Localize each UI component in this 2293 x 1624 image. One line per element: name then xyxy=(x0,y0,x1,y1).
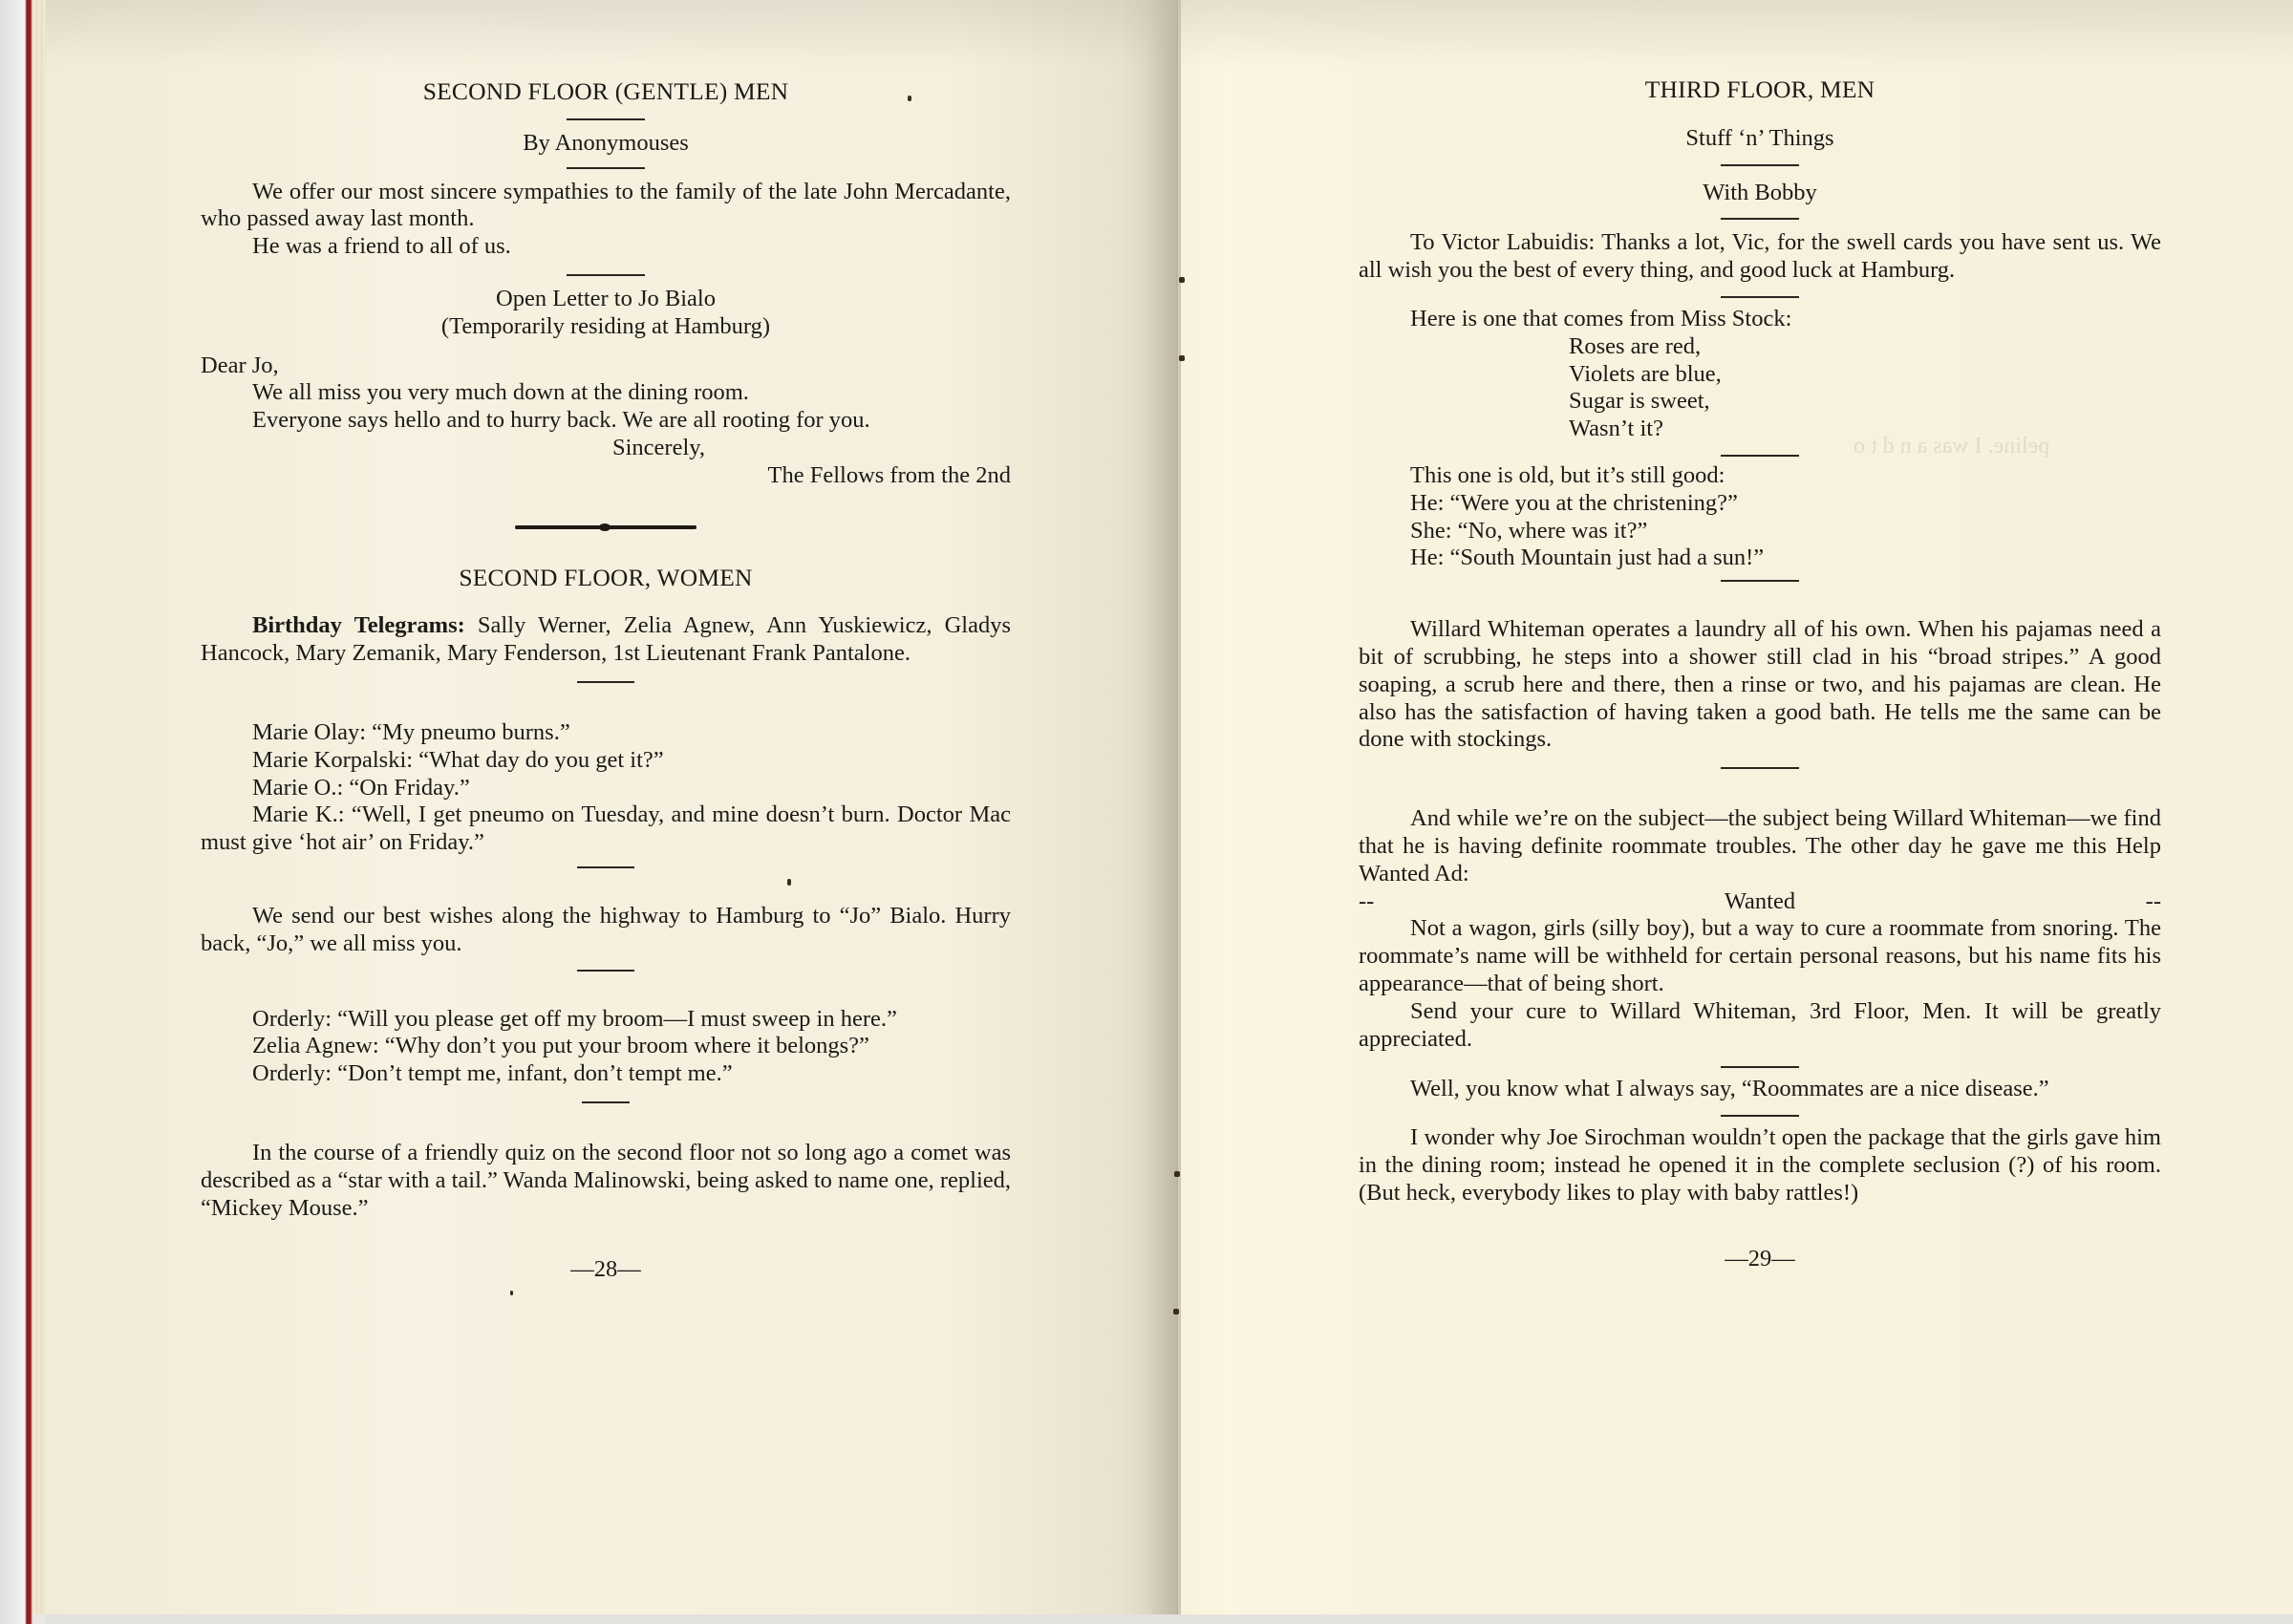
sympathy-line: He was a friend to all of us. xyxy=(201,233,1011,261)
letter-closing: Sincerely, xyxy=(201,435,1011,462)
poem-intro: Here is one that comes from Miss Stock: xyxy=(1359,306,2161,333)
page-stack-edge xyxy=(32,0,46,1614)
right-page-column: THIRD FLOOR, MEN Stuff ‘n’ Things With B… xyxy=(1359,0,2161,1272)
ad-dash-right: -- xyxy=(2146,888,2161,916)
roommates-quote-paragraph: Well, you know what I always say, “Roomm… xyxy=(1359,1076,2161,1103)
roommate-paragraph: And while we’re on the subject—the subje… xyxy=(1359,805,2161,887)
poem-line: Sugar is sweet, xyxy=(1359,388,2161,416)
ad-body-paragraph: Not a wagon, girls (silly boy), but a wa… xyxy=(1359,915,2161,997)
ink-speck xyxy=(1173,1309,1179,1314)
letter-title: Open Letter to Jo Bialo xyxy=(201,286,1011,313)
left-page-column: SECOND FLOOR (GENTLE) MEN By Anonymouses… xyxy=(201,0,1011,1284)
letter-salutation: Dear Jo, xyxy=(201,353,1011,380)
birthday-paragraph: Birthday Telegrams: Sally Werner, Zelia … xyxy=(201,612,1011,668)
dialogue-line: Orderly: “Will you please get off my bro… xyxy=(201,1006,1011,1034)
joke-line: He: “South Mountain just had a sun!” xyxy=(1359,545,2161,572)
joe-paragraph: I wonder why Joe Sirochman wouldn’t open… xyxy=(1359,1124,2161,1207)
joke-line: She: “No, where was it?” xyxy=(1359,518,2161,545)
dialogue-line: Marie Korpalski: “What day do you get it… xyxy=(201,747,1011,775)
joke-intro: This one is old, but it’s still good: xyxy=(1359,462,2161,490)
bottom-edge xyxy=(46,1614,2293,1624)
quiz-paragraph: In the course of a friendly quiz on the … xyxy=(201,1140,1011,1222)
wanted-ad-heading: -- Wanted -- xyxy=(1359,888,2161,916)
birthday-label: Birthday Telegrams: xyxy=(252,612,465,638)
dialogue-line: Orderly: “Don’t tempt me, infant, don’t … xyxy=(201,1060,1011,1088)
dialogue-line: Marie K.: “Well, I get pneumo on Tuesday… xyxy=(201,801,1011,857)
section-title-gentle-men: SECOND FLOOR (GENTLE) MEN xyxy=(201,78,1011,106)
byline: With Bobby xyxy=(1359,180,2161,207)
laundry-paragraph: Willard Whiteman operates a laundry all … xyxy=(1359,616,2161,754)
poem-line: Roses are red, xyxy=(1359,333,2161,361)
dialogue-line: Marie Olay: “My pneumo burns.” xyxy=(201,719,1011,747)
section-title-women: SECOND FLOOR, WOMEN xyxy=(201,565,1011,592)
page-number: —29— xyxy=(1359,1246,2161,1273)
ornamental-divider xyxy=(515,524,696,530)
byline: By Anonymouses xyxy=(201,130,1011,158)
victor-paragraph: To Victor Labuidis: Thanks a lot, Vic, f… xyxy=(1359,229,2161,285)
joke-line: He: “Were you at the christening?” xyxy=(1359,490,2161,518)
sympathy-paragraph: We offer our most sincere sympathies to … xyxy=(201,179,1011,234)
best-wishes-paragraph: We send our best wishes along the highwa… xyxy=(201,903,1011,958)
dialogue-line: Marie O.: “On Friday.” xyxy=(201,775,1011,802)
ink-speck xyxy=(1174,1171,1180,1177)
ad-dash-left: -- xyxy=(1359,888,1374,916)
ink-speck xyxy=(1179,277,1185,283)
poem-line: Violets are blue, xyxy=(1359,361,2161,389)
ad-send-paragraph: Send your cure to Willard Whiteman, 3rd … xyxy=(1359,998,2161,1054)
letter-subtitle: (Temporarily residing at Hamburg) xyxy=(201,313,1011,341)
letter-body-line: We all miss you very much down at the di… xyxy=(201,379,1011,407)
ink-speck xyxy=(1179,355,1185,361)
letter-body-paragraph: Everyone says hello and to hurry back. W… xyxy=(201,407,1011,435)
ink-speck xyxy=(510,1291,513,1295)
section-title-third-floor: THIRD FLOOR, MEN xyxy=(1359,76,2161,104)
column-name: Stuff ‘n’ Things xyxy=(1359,125,2161,153)
ad-title: Wanted xyxy=(1725,888,1795,916)
gutter-shadow xyxy=(1146,0,1181,1614)
book-cover-edge xyxy=(0,0,32,1624)
page-number: —28— xyxy=(201,1256,1011,1284)
poem-line: Wasn’t it? xyxy=(1359,416,2161,443)
dialogue-line: Zelia Agnew: “Why don’t you put your bro… xyxy=(201,1033,1011,1060)
letter-signature: The Fellows from the 2nd xyxy=(201,462,1011,490)
